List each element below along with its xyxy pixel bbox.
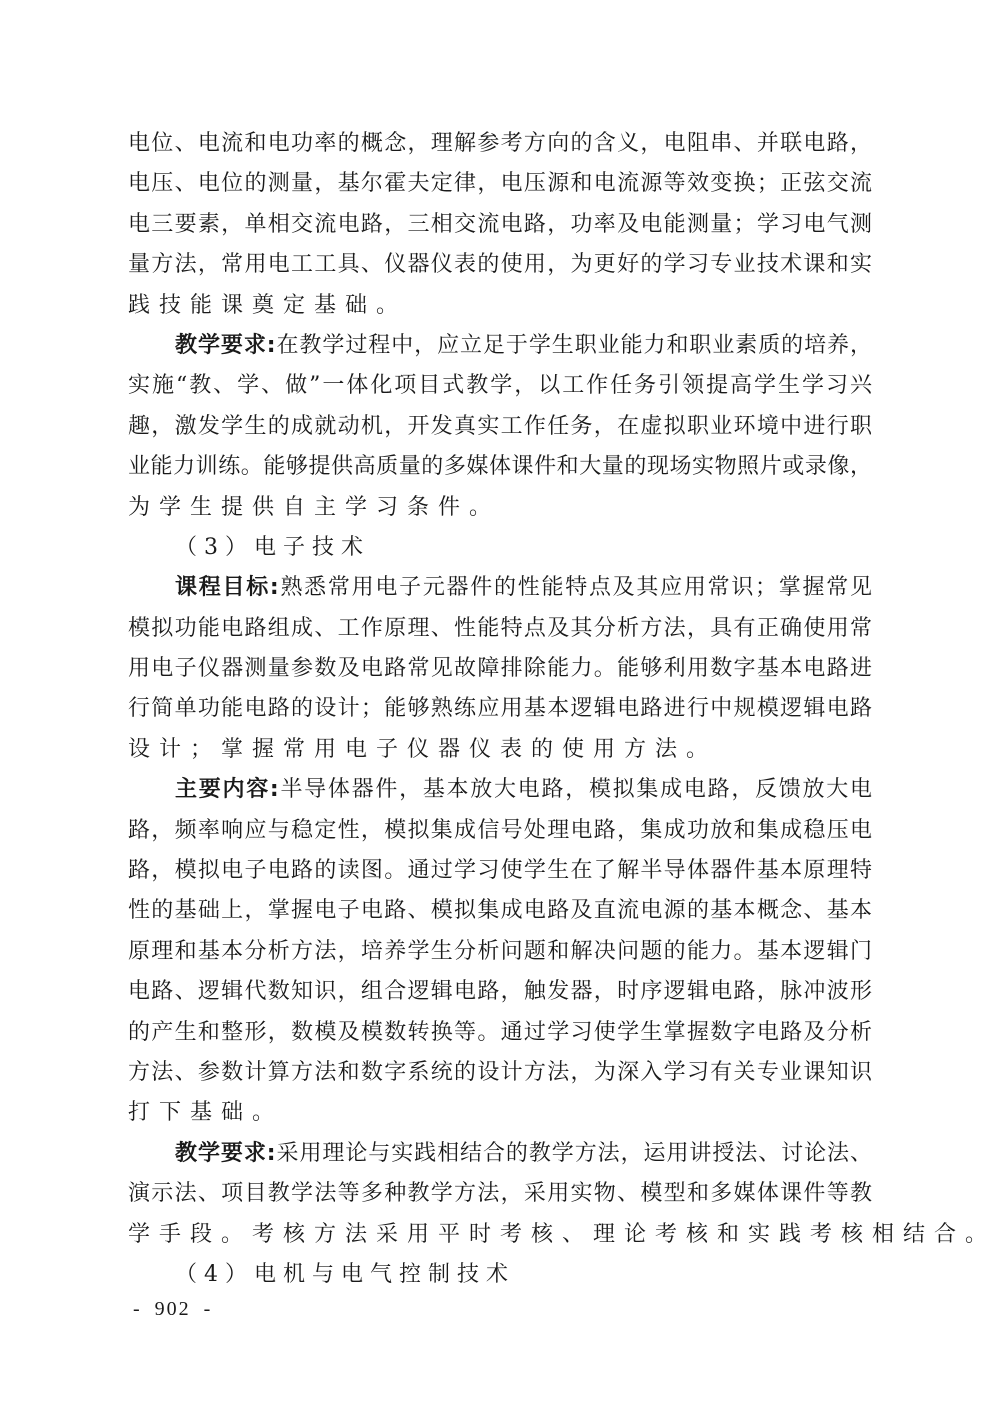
text-line: 业能力训练。能够提供高质量的多媒体课件和大量的现场实物照片或录像，: [128, 447, 872, 487]
paragraph-teaching-requirements-1: 教学要求:在教学过程中，应立足于学生职业能力和职业素质的培养， 实施“教、学、做…: [128, 326, 872, 528]
text-line: 路，频率响应与稳定性，模拟集成信号处理电路，集成功放和集成稳压电: [128, 811, 872, 851]
text-line: 性的基础上，掌握电子电路、模拟集成电路及直流电源的基本概念、基本: [128, 891, 872, 931]
text-line: 教学要求:采用理论与实践相结合的教学方法，运用讲授法、讨论法、: [128, 1134, 872, 1174]
section-heading-motor-control: （4）电机与电气控制技术: [128, 1255, 872, 1295]
text-line: 打下基础。: [128, 1093, 872, 1133]
text-line: 课程目标:熟悉常用电子元器件的性能特点及其应用常识；掌握常见: [128, 568, 872, 608]
section-heading-electronics: （3）电子技术: [128, 528, 872, 568]
text-line: 电路、逻辑代数知识，组合逻辑电路，触发器，时序逻辑电路，脉冲波形: [128, 972, 872, 1012]
text-line: 教学要求:在教学过程中，应立足于学生职业能力和职业素质的培养，: [128, 326, 872, 366]
text-line: 模拟功能电路组成、工作原理、性能特点及其分析方法，具有正确使用常: [128, 609, 872, 649]
text-line: 的产生和整形，数模及模数转换等。通过学习使学生掌握数字电路及分析: [128, 1013, 872, 1053]
text-line: 用电子仪器测量参数及电路常见故障排除能力。能够利用数字基本电路进: [128, 649, 872, 689]
text-line: 趣，激发学生的成就动机，开发真实工作任务，在虚拟职业环境中进行职: [128, 407, 872, 447]
text-span: 半导体器件，基本放大电路，模拟集成电路，反馈放大电: [279, 777, 872, 802]
text-span: 在教学过程中，应立足于学生职业能力和职业素质的培养，: [276, 333, 872, 358]
paragraph-teaching-requirements-2: 教学要求:采用理论与实践相结合的教学方法，运用讲授法、讨论法、 演示法、项目教学…: [128, 1134, 872, 1255]
text-line: 演示法、项目教学法等多种教学方法，采用实物、模型和多媒体课件等教: [128, 1174, 872, 1214]
text-line: 主要内容:半导体器件，基本放大电路，模拟集成电路，反馈放大电: [128, 770, 872, 810]
text-line: 路，模拟电子电路的读图。通过学习使学生在了解半导体器件基本原理特: [128, 851, 872, 891]
text-line: 电三要素，单相交流电路，三相交流电路，功率及电能测量；学习电气测: [128, 205, 872, 245]
text-line: 行简单功能电路的设计；能够熟练应用基本逻辑电路进行中规模逻辑电路: [128, 689, 872, 729]
paragraph-main-content: 主要内容:半导体器件，基本放大电路，模拟集成电路，反馈放大电 路，频率响应与稳定…: [128, 770, 872, 1134]
text-line: 践技能课奠定基础。: [128, 286, 872, 326]
paragraph-label: 教学要求:: [175, 1141, 276, 1166]
paragraph-label: 教学要求:: [175, 333, 276, 358]
text-line: 学手段。考核方法采用平时考核、理论考核和实践考核相结合。: [128, 1215, 872, 1255]
text-line: 为学生提供自主学习条件。: [128, 488, 872, 528]
text-line: 量方法，常用电工工具、仪器仪表的使用，为更好的学习专业技术课和实: [128, 245, 872, 285]
paragraph-label: 主要内容:: [175, 777, 279, 802]
paragraph-label: 课程目标:: [175, 575, 279, 600]
text-line: 方法、参数计算方法和数字系统的设计方法，为深入学习有关专业课知识: [128, 1053, 872, 1093]
text-line: 原理和基本分析方法，培养学生分析问题和解决问题的能力。基本逻辑门: [128, 932, 872, 972]
document-page: 电位、电流和电功率的概念，理解参考方向的含义，电阻串、并联电路， 电压、电位的测…: [128, 124, 872, 1295]
text-span: 采用理论与实践相结合的教学方法，运用讲授法、讨论法、: [276, 1141, 872, 1166]
text-line: 电位、电流和电功率的概念，理解参考方向的含义，电阻串、并联电路，: [128, 124, 872, 164]
paragraph-course-objectives: 课程目标:熟悉常用电子元器件的性能特点及其应用常识；掌握常见 模拟功能电路组成、…: [128, 568, 872, 770]
paragraph-electrical-content-continuation: 电位、电流和电功率的概念，理解参考方向的含义，电阻串、并联电路， 电压、电位的测…: [128, 124, 872, 326]
text-line: 设计；掌握常用电子仪器仪表的使用方法。: [128, 730, 872, 770]
text-line: 电压、电位的测量，基尔霍夫定律，电压源和电流源等效变换；正弦交流: [128, 164, 872, 204]
text-span: 熟悉常用电子元器件的性能特点及其应用常识；掌握常见: [279, 575, 872, 600]
page-number: - 902 -: [133, 1298, 212, 1321]
text-line: 实施“教、学、做”一体化项目式教学，以工作任务引领提高学生学习兴: [128, 366, 872, 406]
